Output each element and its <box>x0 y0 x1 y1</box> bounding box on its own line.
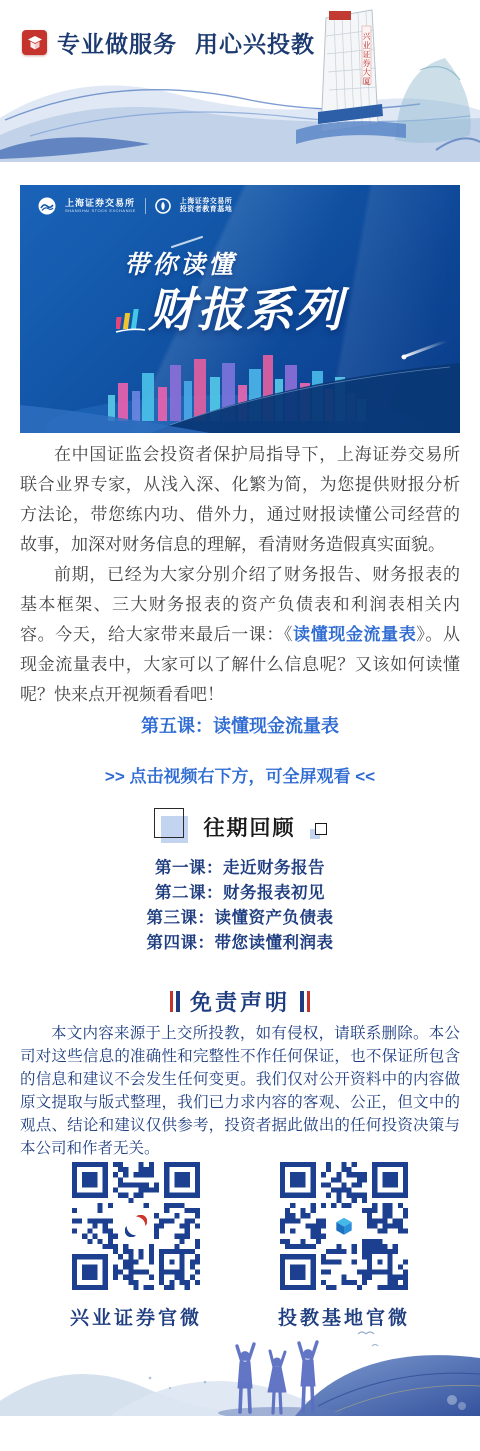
site-header: 兴业证券大厦 专业做服务用心兴投教 <box>0 0 480 162</box>
watercolor-mountains-art <box>0 0 480 162</box>
edu-base-cube-icon <box>329 1211 359 1241</box>
review-link-lesson2[interactable]: 第二课：财务报表初见 <box>0 881 480 906</box>
city-skyline-art <box>20 337 460 433</box>
building-sign-text: 兴业证券大厦 <box>361 32 371 86</box>
small-square-decoration-icon <box>310 823 327 840</box>
banner-logos: 上海证券交易所 SHANGHAI STOCK EXCHANGE 上海证券交易所 … <box>38 197 232 215</box>
review-links-list: 第一课：走近财务报告 第二课：财务报表初见 第三课：读懂资产负债表 第四课：带您… <box>0 856 480 956</box>
slogan-right: 用心兴投教 <box>195 31 315 57</box>
industrial-securities-swirl-icon <box>121 1211 151 1241</box>
review-link-lesson3[interactable]: 第三课：读懂资产负债表 <box>0 906 480 931</box>
video-lesson-title-link[interactable]: 第五课：读懂现金流量表 <box>0 712 480 738</box>
slogan-left: 专业做服务 <box>57 31 177 57</box>
article-page: 兴业证券大厦 专业做服务用心兴投教 上海证券交易所 <box>0 0 480 1451</box>
bar-chart-icon <box>116 307 146 333</box>
qr-code-edu-base <box>280 1162 408 1290</box>
grad-cap-box-logo-icon <box>22 30 47 55</box>
disclaimer-body: 本文内容来源于上交所投教，如有侵权，请联系删除。本公司对这些信息的准确性和完整性… <box>20 1022 460 1160</box>
qr-left-column: 兴业证券官微 <box>70 1162 202 1330</box>
double-bar-right-icon <box>300 991 310 1013</box>
paragraph-course: 前期，已经为大家分别介绍了财务报告、财务报表的基本框架、三大财务报表的资产负债表… <box>20 560 460 710</box>
edu-base-line2: 投资者教育基地 <box>180 206 233 214</box>
review-title: 往期回顾 <box>204 812 296 842</box>
brand-row: 专业做服务用心兴投教 <box>22 26 315 59</box>
logo-divider <box>145 198 146 214</box>
qr-code-row: 兴业证券官微 投教基地官微 <box>0 1162 480 1330</box>
header-slogan: 专业做服务用心兴投教 <box>57 26 315 59</box>
qr-right-column: 投教基地官微 <box>278 1162 410 1330</box>
edu-base-line1: 上海证券交易所 <box>180 198 233 206</box>
review-link-lesson1[interactable]: 第一课：走近财务报告 <box>0 856 480 881</box>
series-video-banner[interactable]: 上海证券交易所 SHANGHAI STOCK EXCHANGE 上海证券交易所 … <box>20 185 460 433</box>
paragraph-intro: 在中国证监会投资者保护局指导下，上海证券交易所联合业界专家，从浅入深、化繁为简，… <box>20 440 460 560</box>
banner-title-line2: 财报系列 <box>148 273 344 340</box>
securities-building-illustration: 兴业证券大厦 <box>296 2 406 152</box>
edu-base-ring-logo-icon <box>155 198 171 214</box>
cashflow-course-inline-link[interactable]: 读懂现金流量表 <box>293 625 416 644</box>
sse-wave-logo-icon <box>38 197 56 215</box>
qr-code-company-wechat <box>72 1162 200 1290</box>
review-link-lesson4[interactable]: 第四课：带您读懂利润表 <box>0 931 480 956</box>
footer-watercolor-art <box>0 1316 480 1416</box>
sse-name-en: SHANGHAI STOCK EXCHANGE <box>65 209 136 213</box>
streak-icon <box>170 235 204 249</box>
disclaimer-title: 免责声明 <box>190 986 290 1017</box>
double-bar-left-icon <box>170 991 180 1013</box>
review-section-header: 往期回顾 <box>0 808 480 846</box>
fullscreen-hint-text: >> 点击视频右下方，可全屏观看 << <box>0 762 480 787</box>
disclaimer-header: 免责声明 <box>0 986 480 1017</box>
square-decoration-icon <box>154 808 190 846</box>
